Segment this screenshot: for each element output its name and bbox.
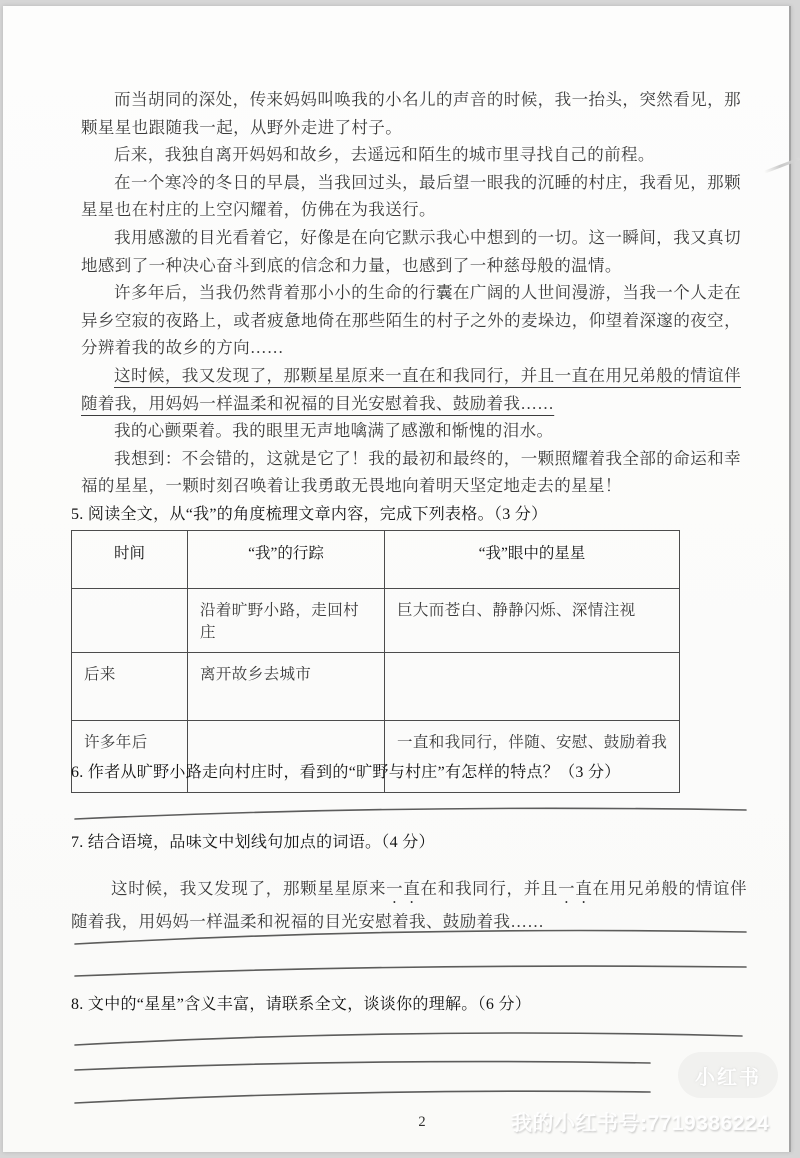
passage-paragraph-underlined: 这时候，我又发现了，那颗星星原来一直在和我同行，并且一直在用兄弟般的情谊伴随着我… [81,362,741,417]
passage-paragraph: 我想到：不会错的，这就是它了！我的最初和最终的，一颗照耀着我全部的命运和幸福的星… [81,445,741,500]
reading-comprehension-table: 时间 “我”的行踪 “我”眼中的星星 沿着旷野小路，走回村庄 巨大而苍白、静静闪… [71,530,680,793]
answer-line-q6 [73,800,749,824]
passage: 而当胡同的深处，传来妈妈叫唤我的小名儿的声音的时候，我一抬头，突然看见，那颗星星… [81,86,741,500]
answer-line-q7-1 [73,922,749,948]
question-7-stem: 7. 结合语境，品味文中划线句加点的词语。（4 分） [71,832,755,854]
table-cell-star: 巨大而苍白、静静闪烁、深情注视 [385,589,680,653]
table-cell-track: 沿着旷野小路，走回村庄 [188,589,385,653]
xiaohongshu-account-watermark: 我的小红书号:7719386224 [511,1107,791,1137]
passage-paragraph: 在一个寒冷的冬日的早晨，当我回过头，最后望一眼我的沉睡的村庄，我看见，那颗星星也… [81,169,741,224]
answer-line-q7-2 [73,958,749,980]
table-header-star: “我”眼中的星星 [385,531,680,589]
passage-paragraph: 许多年后，当我仍然背着那小小的生命的行囊在广阔的人世间漫游，当我一个人走在异乡空… [81,279,741,362]
table-row: 沿着旷野小路，走回村庄 巨大而苍白、静静闪烁、深情注视 [72,589,680,653]
table-cell-time: 后来 [72,653,188,721]
screenshot-root: { "passage": { "paragraphs": [ "而当胡同的深处，… [0,0,800,1158]
question-6-stem: 6. 作者从旷野小路走向村庄时，看到的“旷野与村庄”有怎样的特点？（3 分） [71,762,755,784]
table-header-track: “我”的行踪 [188,531,385,589]
scan-streak-mark [764,157,800,173]
table-cell-time [72,589,188,653]
page-number: 2 [407,1114,437,1131]
xiaohongshu-logo-badge: 小红书 [678,1052,778,1098]
quote-dotted-word: 一直 [386,879,420,898]
table-row: 后来 离开故乡去城市 [72,653,680,721]
table-cell-track: 离开故乡去城市 [188,653,385,721]
passage-paragraph: 后来，我独自离开妈妈和故乡，去遥远和陌生的城市里寻找自己的前程。 [81,141,741,169]
passage-paragraph: 我的心颤栗着。我的眼里无声地噙满了感激和惭愧的泪水。 [81,417,741,445]
scanned-test-page: 而当胡同的深处，传来妈妈叫唤我的小名儿的声音的时候，我一抬头，突然看见，那颗星星… [3,6,791,1152]
table-header-row: 时间 “我”的行踪 “我”眼中的星星 [72,531,680,589]
question-5-stem: 5. 阅读全文，从“我”的角度梳理文章内容，完成下列表格。（3 分） [71,504,755,526]
answer-line-q8-2 [73,1054,653,1076]
passage-paragraph: 而当胡同的深处，传来妈妈叫唤我的小名儿的声音的时候，我一抬头，突然看见，那颗星星… [81,86,741,141]
quote-segment: 这时候，我又发现了，那颗星星原来 [111,879,386,898]
table-header-time: 时间 [72,531,188,589]
answer-line-q8-1 [73,1024,745,1050]
quote-segment: 在和我同行，并且 [421,879,559,898]
answer-line-q8-3 [73,1084,653,1108]
quote-dotted-word: 一直 [558,879,592,898]
passage-paragraph: 我用感激的目光看着它，好像是在向它默示我心中想到的一切。这一瞬间，我又真切地感到… [81,224,741,279]
table-cell-star [385,653,680,721]
question-8-stem: 8. 文中的“星星”含义丰富，请联系全文，谈谈你的理解。（6 分） [71,994,755,1016]
